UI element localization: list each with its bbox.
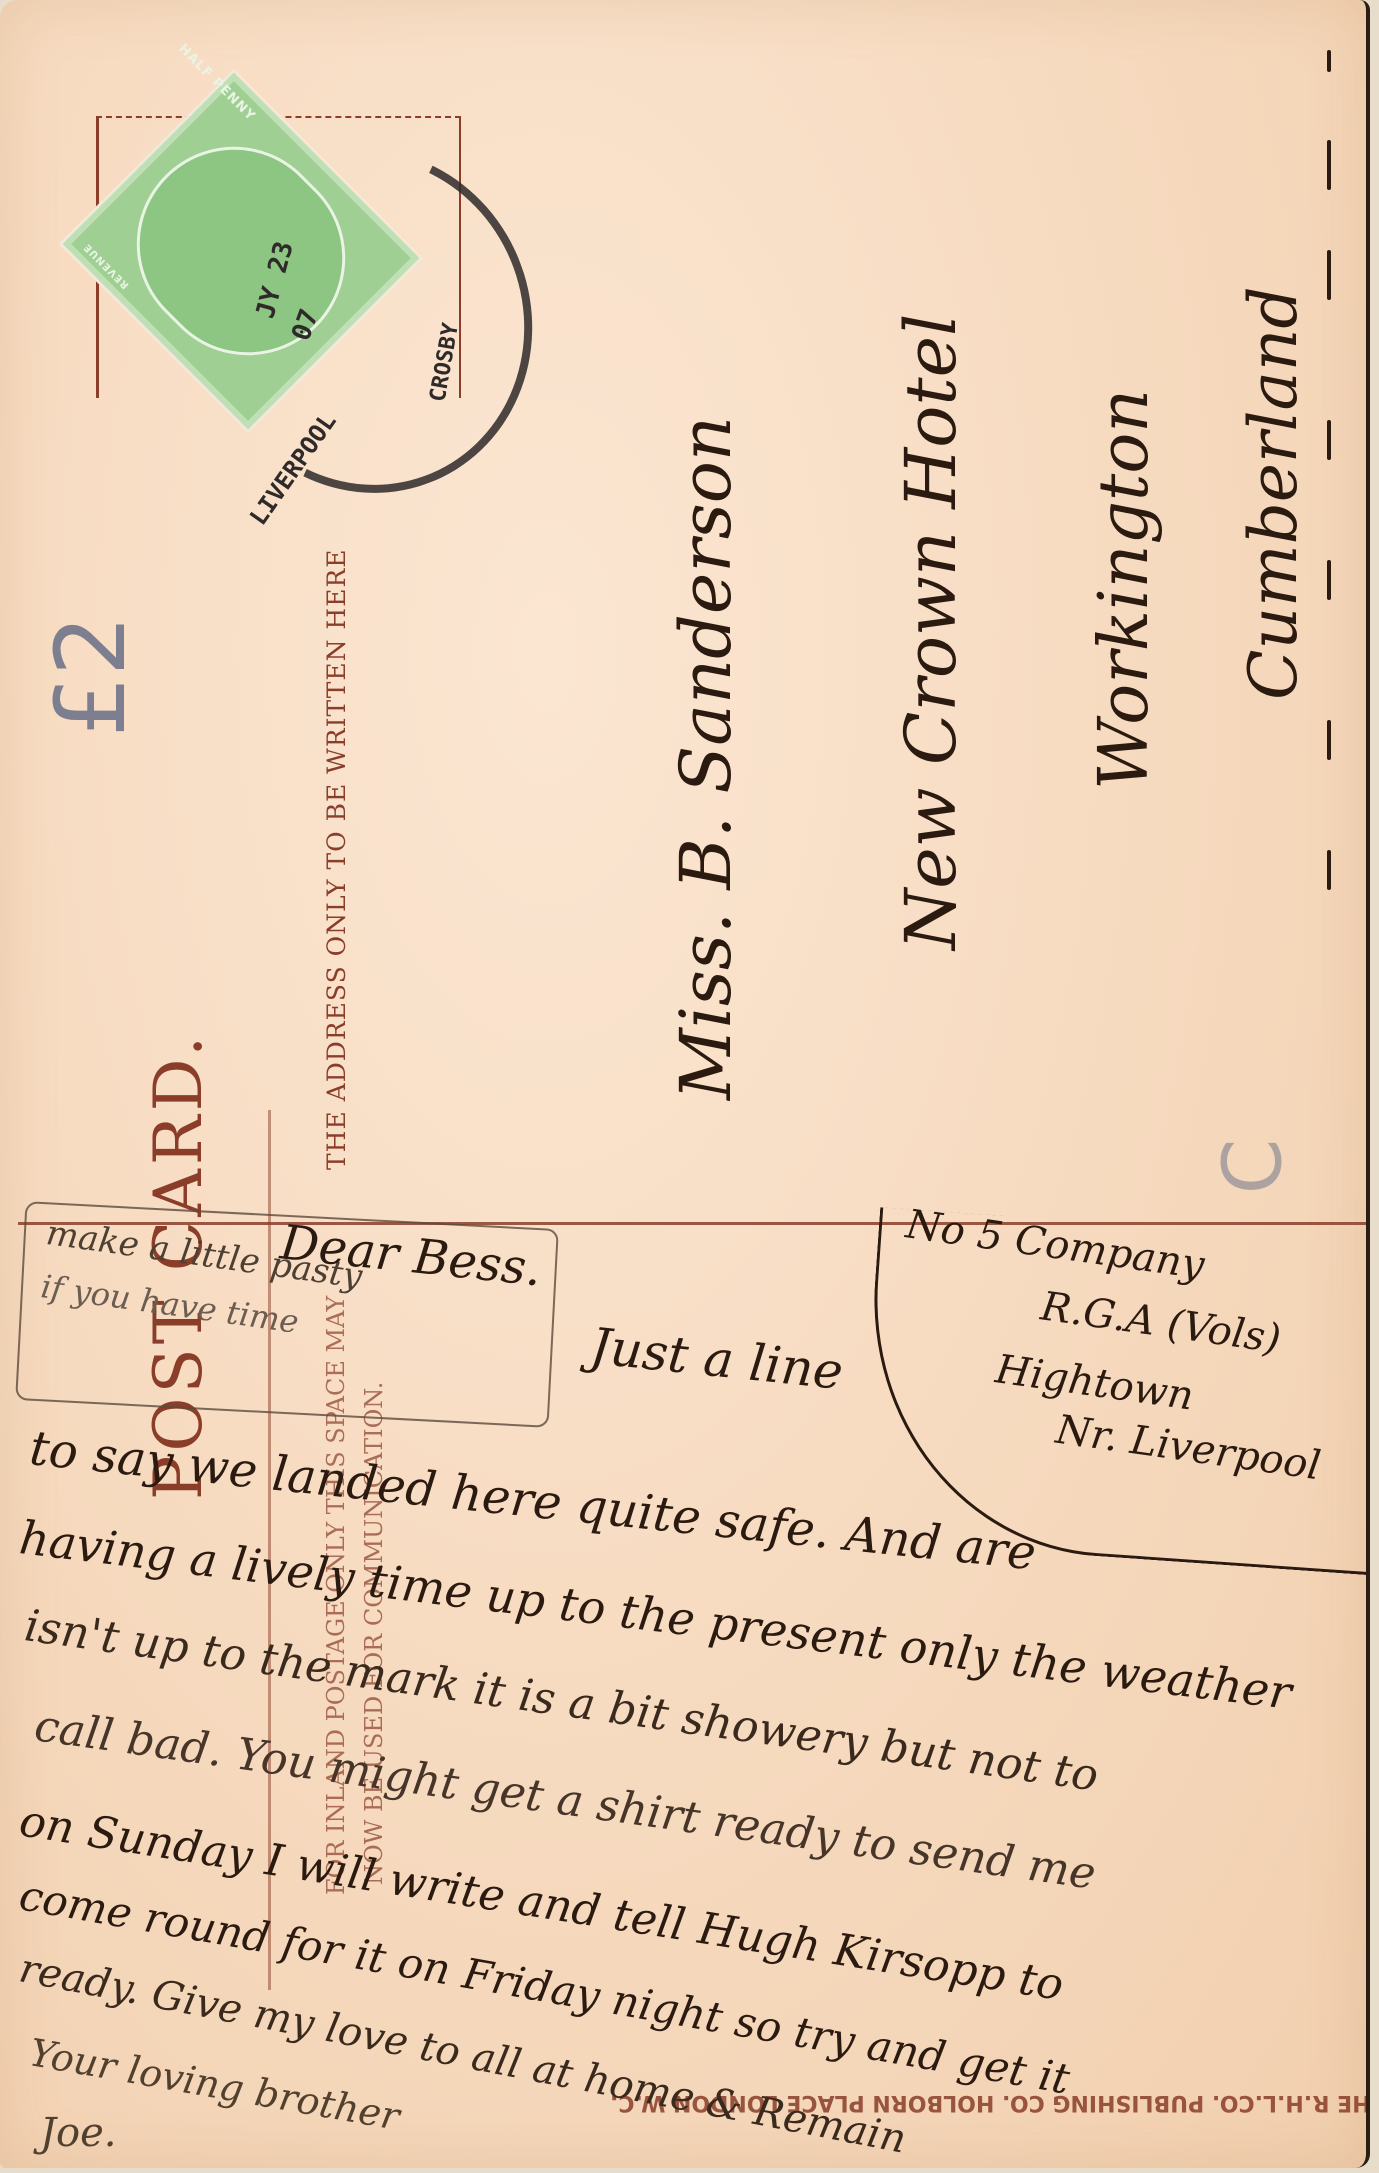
message-signature: Joe.: [40, 2110, 117, 2156]
address-notice: THE ADDRESS ONLY TO BE WRITTEN HERE: [322, 548, 351, 1170]
postcard: HALF PENNY REVENUE JY 23 07 LIVERPOOL CR…: [0, 0, 1370, 2168]
border-dash: [1327, 720, 1331, 760]
stamp-left-label: REVENUE: [82, 241, 132, 291]
stamp-denomination: HALF PENNY: [175, 42, 258, 125]
address-line-1: Miss. B. Sanderson: [665, 416, 747, 1100]
border-dash: [1327, 560, 1331, 600]
border-dash: [1327, 140, 1331, 190]
pencil-price-mark: £2: [35, 615, 147, 737]
address-line-4: Cumberland: [1235, 286, 1312, 700]
message-line: Just a line: [588, 1317, 846, 1401]
border-dash: [1327, 50, 1331, 72]
address-line-3: Workington: [1085, 389, 1164, 790]
border-dash: [1327, 850, 1331, 890]
pencil-circle-mark: C: [1206, 1139, 1299, 1195]
border-dash: [1327, 420, 1331, 460]
border-dash: [1327, 250, 1331, 300]
address-line-2: New Crown Hotel: [890, 314, 972, 950]
